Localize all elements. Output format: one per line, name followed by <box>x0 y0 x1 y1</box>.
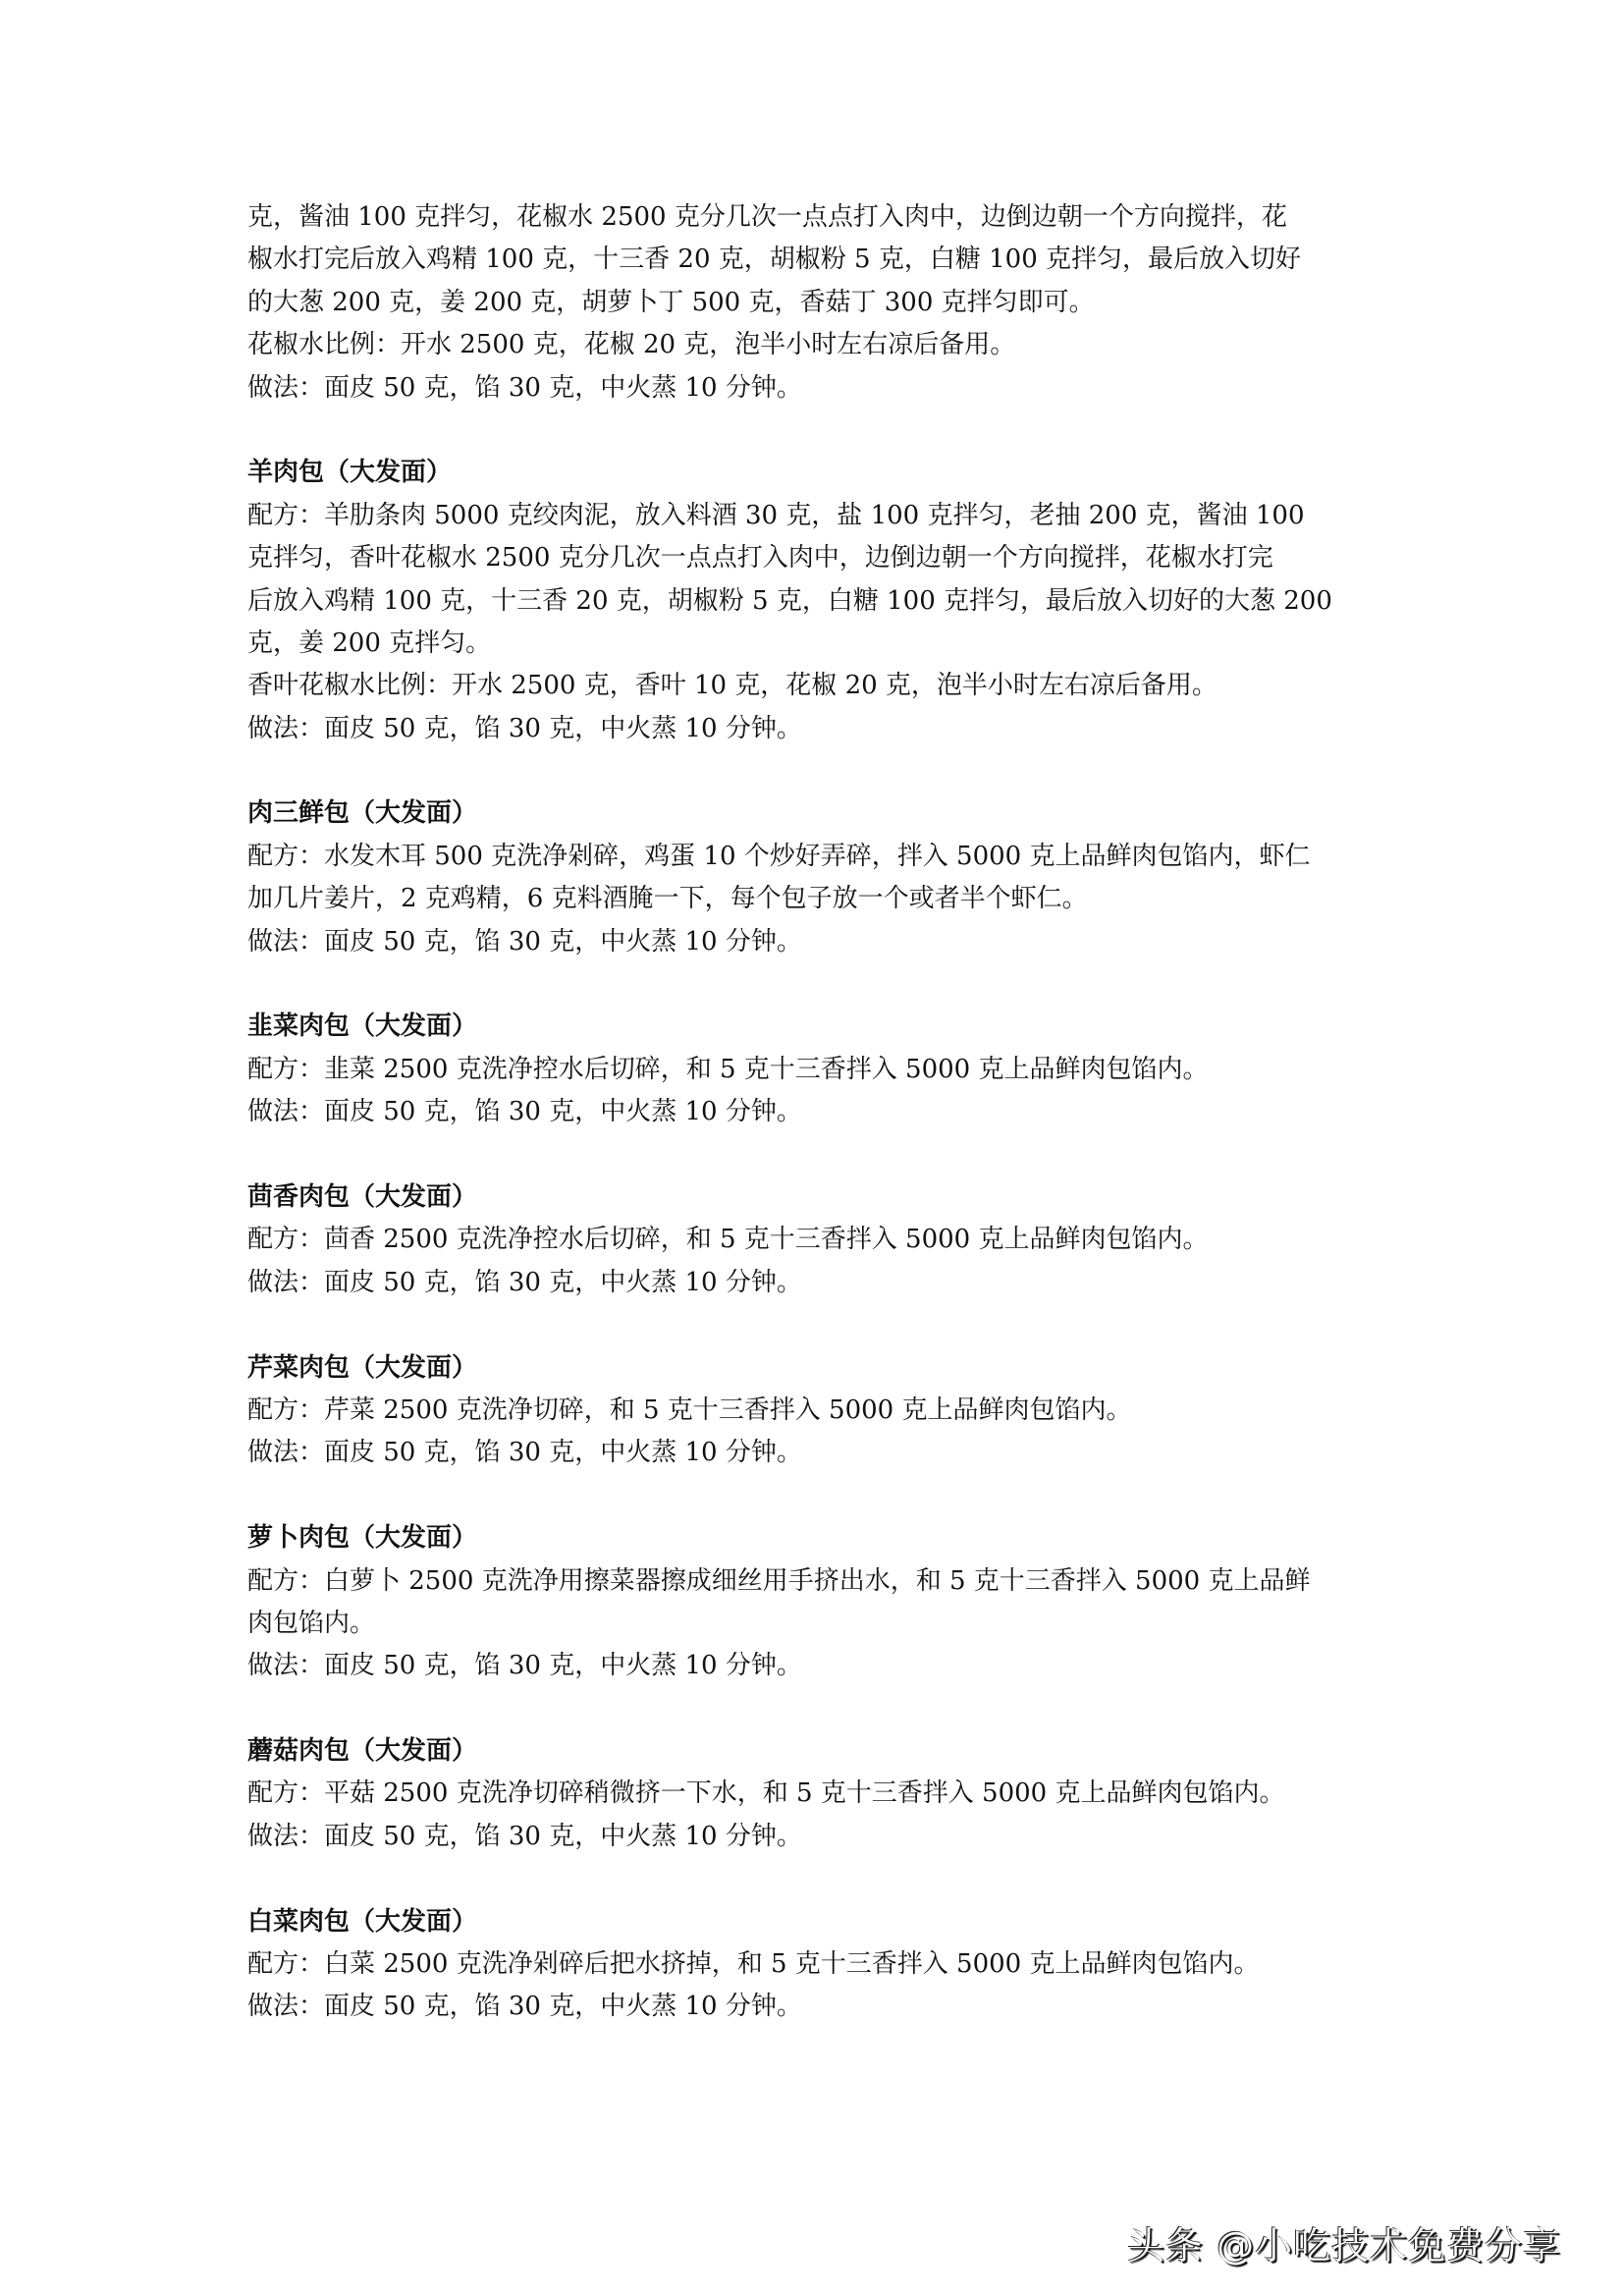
recipe-title: 茴香肉包（大发面） <box>247 1176 1386 1219</box>
recipe-formula-line: 后放入鸡精 100 克，十三香 20 克，胡椒粉 5 克，白糖 100 克拌匀，… <box>247 580 1386 623</box>
recipe-formula-line: 配方：韭菜 2500 克洗净控水后切碎，和 5 克十三香拌入 5000 克上品鲜… <box>247 1049 1386 1091</box>
section-spacer <box>247 1304 1386 1346</box>
intro-line: 的大葱 200 克，姜 200 克，胡萝卜丁 500 克，香菇丁 300 克拌匀… <box>247 282 1386 324</box>
section-spacer <box>247 1134 1386 1176</box>
recipe-method-line: 做法：面皮 50 克，馅 30 克，中火蒸 10 分钟。 <box>247 1816 1386 1858</box>
document-page: 克，酱油 100 克拌匀，花椒水 2500 克分几次一点点打入肉中，边倒边朝一个… <box>247 196 1386 2029</box>
recipe-formula-line: 配方：平菇 2500 克洗净切碎稍微挤一下水，和 5 克十三香拌入 5000 克… <box>247 1773 1386 1815</box>
recipe-title: 韭菜肉包（大发面） <box>247 1006 1386 1048</box>
watermark: 头条 @小吃技术免费分享 <box>1127 2215 1561 2269</box>
recipe-lamb-bun: 羊肉包（大发面） 配方：羊肋条肉 5000 克绞肉泥，放入料酒 30 克，盐 1… <box>247 452 1386 750</box>
recipe-title: 肉三鲜包（大发面） <box>247 793 1386 835</box>
recipe-method-line: 做法：面皮 50 克，馅 30 克，中火蒸 10 分钟。 <box>247 921 1386 963</box>
intro-section: 克，酱油 100 克拌匀，花椒水 2500 克分几次一点点打入肉中，边倒边朝一个… <box>247 196 1386 410</box>
recipe-title: 羊肉包（大发面） <box>247 452 1386 494</box>
recipe-formula-line: 加几片姜片，2 克鸡精，6 克料酒腌一下，每个包子放一个或者半个虾仁。 <box>247 878 1386 920</box>
recipe-formula-line: 克，姜 200 克拌匀。 <box>247 623 1386 665</box>
recipe-formula-line: 配方：白菜 2500 克洗净剁碎后把水挤掉，和 5 克十三香拌入 5000 克上… <box>247 1943 1386 1986</box>
recipe-method-line: 做法：面皮 50 克，馅 30 克，中火蒸 10 分钟。 <box>247 1091 1386 1133</box>
recipe-radish-pork-bun: 萝卜肉包（大发面） 配方：白萝卜 2500 克洗净用擦菜器擦成细丝用手挤出水，和… <box>247 1517 1386 1688</box>
recipe-method-line: 做法：面皮 50 克，馅 30 克，中火蒸 10 分钟。 <box>247 1645 1386 1687</box>
section-spacer <box>247 750 1386 793</box>
section-spacer <box>247 1475 1386 1517</box>
recipe-chive-pork-bun: 韭菜肉包（大发面） 配方：韭菜 2500 克洗净控水后切碎，和 5 克十三香拌入… <box>247 1006 1386 1133</box>
recipe-title: 芹菜肉包（大发面） <box>247 1347 1386 1390</box>
recipe-method-line: 做法：面皮 50 克，馅 30 克，中火蒸 10 分钟。 <box>247 1432 1386 1474</box>
recipe-title: 蘑菇肉包（大发面） <box>247 1730 1386 1773</box>
recipe-title: 白菜肉包（大发面） <box>247 1901 1386 1943</box>
section-spacer <box>247 410 1386 452</box>
recipe-formula-line: 肉包馅内。 <box>247 1603 1386 1645</box>
intro-line: 克，酱油 100 克拌匀，花椒水 2500 克分几次一点点打入肉中，边倒边朝一个… <box>247 196 1386 239</box>
recipe-three-delicacy-bun: 肉三鲜包（大发面） 配方：水发木耳 500 克洗净剁碎，鸡蛋 10 个炒好弄碎，… <box>247 793 1386 963</box>
recipe-title: 萝卜肉包（大发面） <box>247 1517 1386 1559</box>
recipe-method-line: 做法：面皮 50 克，馅 30 克，中火蒸 10 分钟。 <box>247 1986 1386 2028</box>
intro-line: 椒水打完后放入鸡精 100 克，十三香 20 克，胡椒粉 5 克，白糖 100 … <box>247 239 1386 281</box>
recipe-cabbage-pork-bun: 白菜肉包（大发面） 配方：白菜 2500 克洗净剁碎后把水挤掉，和 5 克十三香… <box>247 1901 1386 2029</box>
section-spacer <box>247 1858 1386 1900</box>
recipe-formula-line: 克拌匀，香叶花椒水 2500 克分几次一点点打入肉中，边倒边朝一个方向搅拌，花椒… <box>247 537 1386 579</box>
recipe-mushroom-pork-bun: 蘑菇肉包（大发面） 配方：平菇 2500 克洗净切碎稍微挤一下水，和 5 克十三… <box>247 1730 1386 1858</box>
section-spacer <box>247 1688 1386 1730</box>
recipe-formula-line: 配方：芹菜 2500 克洗净切碎，和 5 克十三香拌入 5000 克上品鲜肉包馅… <box>247 1390 1386 1432</box>
recipe-fennel-pork-bun: 茴香肉包（大发面） 配方：茴香 2500 克洗净控水后切碎，和 5 克十三香拌入… <box>247 1176 1386 1304</box>
recipe-formula-line: 配方：白萝卜 2500 克洗净用擦菜器擦成细丝用手挤出水，和 5 克十三香拌入 … <box>247 1560 1386 1603</box>
recipe-ratio-line: 香叶花椒水比例：开水 2500 克，香叶 10 克，花椒 20 克，泡半小时左右… <box>247 665 1386 707</box>
recipe-formula-line: 配方：羊肋条肉 5000 克绞肉泥，放入料酒 30 克，盐 100 克拌匀，老抽… <box>247 495 1386 537</box>
recipe-formula-line: 配方：茴香 2500 克洗净控水后切碎，和 5 克十三香拌入 5000 克上品鲜… <box>247 1219 1386 1261</box>
section-spacer <box>247 963 1386 1006</box>
recipe-celery-pork-bun: 芹菜肉包（大发面） 配方：芹菜 2500 克洗净切碎，和 5 克十三香拌入 50… <box>247 1347 1386 1475</box>
recipe-method-line: 做法：面皮 50 克，馅 30 克，中火蒸 10 分钟。 <box>247 1262 1386 1304</box>
pepper-water-ratio-line: 花椒水比例：开水 2500 克，花椒 20 克，泡半小时左右凉后备用。 <box>247 324 1386 366</box>
method-line: 做法：面皮 50 克，馅 30 克，中火蒸 10 分钟。 <box>247 367 1386 410</box>
recipe-method-line: 做法：面皮 50 克，馅 30 克，中火蒸 10 分钟。 <box>247 708 1386 750</box>
recipe-formula-line: 配方：水发木耳 500 克洗净剁碎，鸡蛋 10 个炒好弄碎，拌入 5000 克上… <box>247 836 1386 878</box>
